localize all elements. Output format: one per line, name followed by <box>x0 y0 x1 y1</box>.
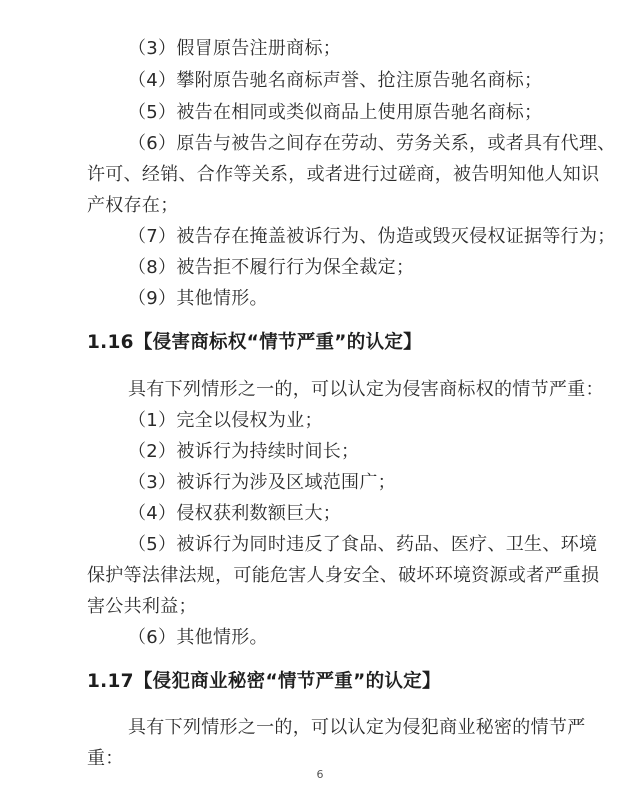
section-heading-1-17: 1.17【侵犯商业秘密“情节严重”的认定】 <box>87 670 441 694</box>
list-item: （6）其他情形。 <box>128 626 268 650</box>
section-heading-1-16: 1.16【侵害商标权“情节严重”的认定】 <box>87 331 422 355</box>
list-item-continuation: 害公共利益； <box>87 595 197 619</box>
list-item-continuation: 许可、经销、合作等关系，或者进行过磋商，被告明知他人知识 <box>87 163 599 187</box>
list-item: （9）其他情形。 <box>128 287 268 311</box>
list-item-continuation: 产权存在； <box>87 194 179 218</box>
list-item: （4）侵权获利数额巨大； <box>128 502 341 526</box>
list-item: （2）被诉行为持续时间长； <box>128 440 359 464</box>
list-item: （8）被告拒不履行行为保全裁定； <box>128 256 414 280</box>
list-item-continuation: 保护等法律法规，可能危害人身安全、破坏环境资源或者严重损 <box>87 564 599 588</box>
list-item: （1）完全以侵权为业； <box>128 409 323 433</box>
page-number: 6 <box>0 768 640 781</box>
list-item: （7）被告存在掩盖被诉行为、伪造或毁灭侵权证据等行为； <box>128 225 616 249</box>
list-item: （3）假冒原告注册商标； <box>128 37 341 61</box>
list-item: （3）被诉行为涉及区域范围广； <box>128 471 396 495</box>
list-item: （5）被诉行为同时违反了食品、药品、医疗、卫生、环境 <box>128 533 597 557</box>
list-item: （6）原告与被告之间存在劳动、劳务关系，或者具有代理、 <box>128 132 616 156</box>
section-intro: 具有下列情形之一的，可以认定为侵犯商业秘密的情节严 <box>128 716 586 740</box>
section-intro: 具有下列情形之一的，可以认定为侵害商标权的情节严重： <box>128 378 604 402</box>
list-item: （4）攀附原告驰名商标声誉、抢注原告驰名商标； <box>128 69 542 93</box>
list-item: （5）被告在相同或类似商品上使用原告驰名商标； <box>128 101 542 125</box>
